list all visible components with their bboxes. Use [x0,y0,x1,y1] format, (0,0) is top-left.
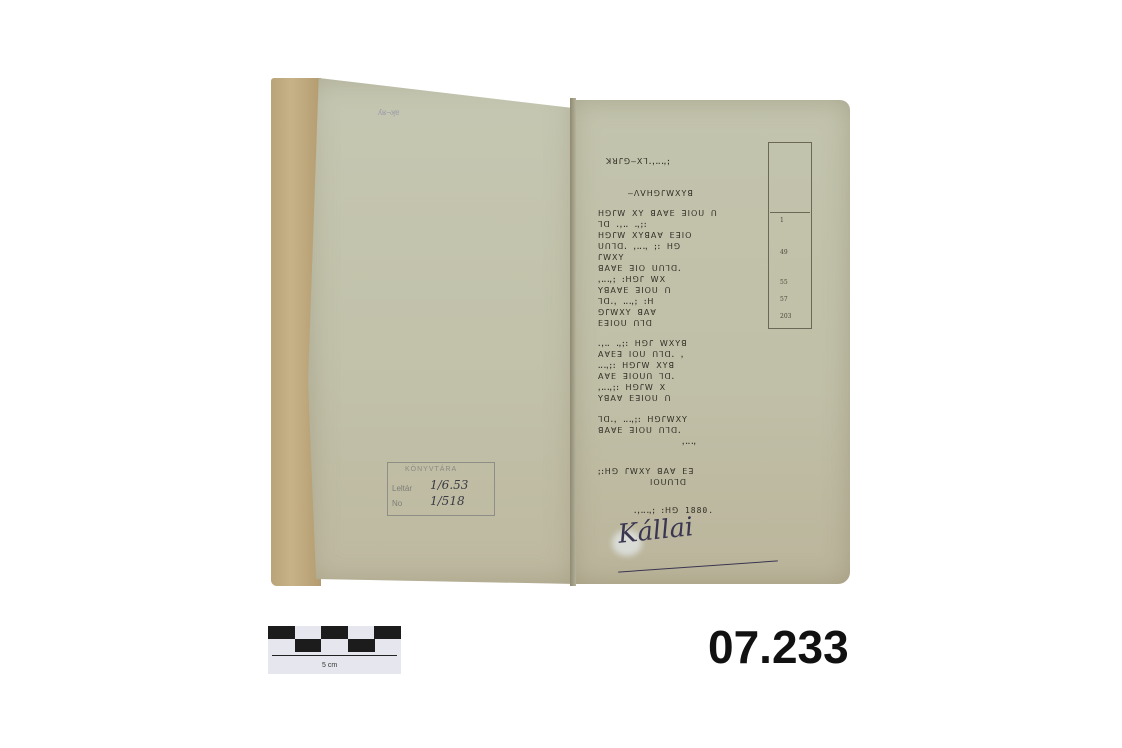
stamp-row2-value: 1/518 [430,494,465,508]
toc-page-number: 1 [780,217,784,224]
stamp-row1-label: Leltár [392,484,412,493]
scale-arrow [272,655,397,656]
toc-page-number: 49 [780,249,788,256]
toc-page-number: 55 [780,279,788,286]
toc-page-number: 57 [780,296,788,303]
book-gutter [570,98,576,586]
faint-pencil-mark: ʎʁ¬ʞɐ [378,108,399,117]
stamp-title: KÖNYVTÁRA [405,466,457,473]
photo-scene: ʎʁ¬ʞɐ KÖNYVTÁRA Leltár 1/6.53 No 1/518 ꓘ… [0,0,1122,748]
stamp-row2-label: No [392,499,402,508]
toc-page-number: 203 [780,313,791,320]
scale-label: 5 cm [322,662,337,669]
stamp-row1-value: 1/6.53 [430,478,468,492]
page-title-line: ꓘꓤꓩꓨ—ꓫꓶꓸꓹꓺꓻꓼ [606,156,671,167]
page-subtitle-line: —ꓥꓦꓧꓨꓩꓪꓫꓬꓭ [628,188,694,199]
page-number-column-header [770,144,810,213]
catalog-number: 07.233 [708,620,849,674]
